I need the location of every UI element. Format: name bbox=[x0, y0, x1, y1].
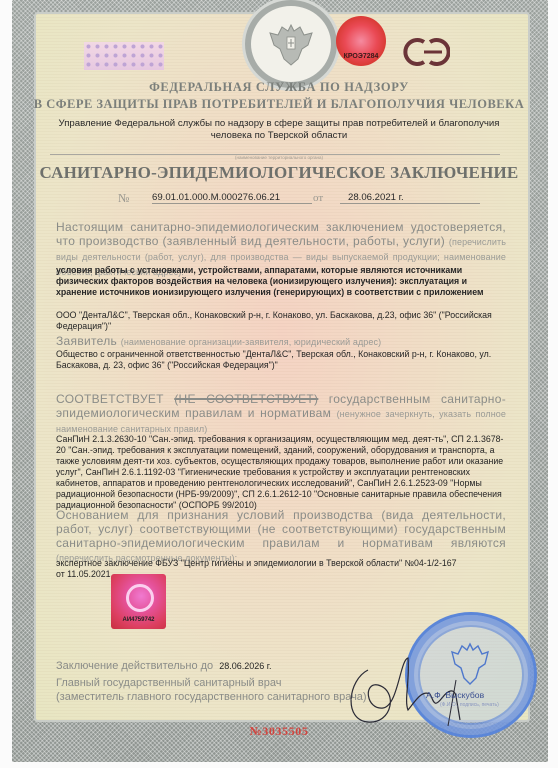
validity-label: Заключение действительно до bbox=[56, 660, 213, 672]
applicant-label: Заявитель bbox=[56, 334, 117, 348]
object-address: ООО "ДентаЛ&С", Тверская обл., Конаковск… bbox=[56, 310, 506, 332]
signer-name: А.Ф. Выскубов bbox=[426, 690, 484, 700]
certification-lead-text: Настоящим санитарно-эпидемиологическим з… bbox=[56, 220, 506, 248]
holographic-security-strip bbox=[84, 42, 164, 70]
document-title: САНИТАРНО-ЭПИДЕМИОЛОГИЧЕСКОЕ ЗАКЛЮЧЕНИЕ bbox=[0, 163, 558, 183]
hologram-seal-code: КРОЭ7284 bbox=[344, 53, 379, 60]
territorial-department: Управление Федеральной службы по надзору… bbox=[50, 118, 508, 142]
not-complies-struck-text: (НЕ СООТВЕТСТВУЕТ) bbox=[174, 392, 318, 406]
number-label: № bbox=[118, 191, 129, 206]
grounds-lead-text: Основанием для признания условий произво… bbox=[56, 508, 506, 550]
chief-title-line2: (заместитель главного государственного с… bbox=[56, 690, 367, 704]
hologram-ring-icon bbox=[126, 584, 154, 612]
activity-description: условия работы с установками, устройства… bbox=[56, 265, 506, 298]
applicant-value: Общество с ограниченной ответственностью… bbox=[56, 349, 506, 371]
sanitary-rules-list: СанПиН 2.1.3.2630-10 "Сан.-эпид. требова… bbox=[56, 434, 506, 511]
agency-name-line1: ФЕДЕРАЛЬНАЯ СЛУЖБА ПО НАДЗОРУ bbox=[0, 80, 558, 95]
coat-of-arms-emblem bbox=[245, 0, 337, 88]
validity-date: 28.06.2026 г. bbox=[219, 661, 271, 671]
document-number: 69.01.01.000.М.000276.06.21 bbox=[152, 192, 312, 204]
complies-text: СООТВЕТСТВУЕТ bbox=[56, 392, 164, 406]
validity-line: Заключение действительно до 28.06.2026 г… bbox=[56, 660, 271, 672]
form-serial-number: №3035505 bbox=[0, 724, 558, 739]
sticker-code: АИ4759742 bbox=[122, 617, 154, 623]
compliance-statement: СООТВЕТСТВУЕТ (НЕ СООТВЕТСТВУЕТ) государ… bbox=[56, 392, 506, 436]
hologram-seal: КРОЭ7284 bbox=[336, 16, 386, 66]
double-headed-eagle-icon bbox=[268, 19, 314, 69]
grounds-statement: Основанием для признания условий произво… bbox=[56, 508, 506, 565]
applicant-hint: (наименование организации-заявителя, юри… bbox=[121, 337, 381, 347]
from-label: от bbox=[313, 192, 323, 204]
document-date: 28.06.2021 г. bbox=[340, 192, 480, 204]
chief-doctor-title: Главный государственный санитарный врач … bbox=[56, 676, 367, 704]
applicant-label-line: Заявитель (наименование организации-заяв… bbox=[56, 334, 506, 349]
se-logo-icon bbox=[400, 36, 450, 68]
department-caption: (наименование территориального органа) bbox=[0, 155, 558, 160]
document-number-line: № 69.01.01.000.М.000276.06.21 от 28.06.2… bbox=[118, 192, 478, 206]
signer-caption: (Ф.И.О., подпись, печать) bbox=[440, 702, 499, 708]
hologram-sticker: АИ4759742 bbox=[111, 574, 166, 629]
chief-title-line1: Главный государственный санитарный врач bbox=[56, 676, 367, 690]
agency-name-line2: В СФЕРЕ ЗАЩИТЫ ПРАВ ПОТРЕБИТЕЛЕЙ И БЛАГО… bbox=[0, 97, 558, 112]
